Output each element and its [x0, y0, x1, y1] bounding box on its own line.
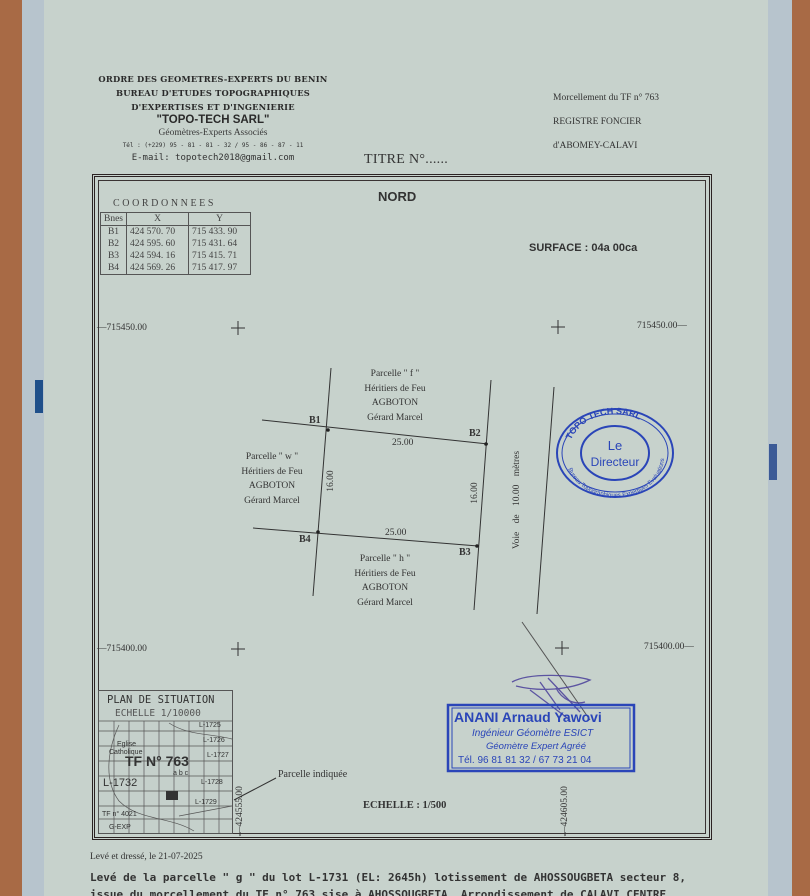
svg-text:Directeur: Directeur [591, 455, 640, 469]
neighbor-parcel-h: Parcelle " h "Héritiers de FeuAGBOTONGér… [330, 552, 440, 610]
surveyor-stamp: ANANI Arnaud Yawovi Ingénieur Géomètre E… [446, 699, 636, 777]
director-stamp: TOPO TECH SARL Bureau Topographiques Exp… [554, 406, 676, 498]
road-label: Voie de 10.00 mètres [512, 445, 522, 555]
surveyor-qualification: Géomètre Expert Agréé [486, 741, 586, 752]
neighbor-parcel-f: Parcelle " f "Héritiers de FeuAGBOTONGér… [340, 367, 450, 425]
dimension-bottom: 25.00 [385, 528, 406, 538]
neighbor-parcel-w: Parcelle " w "Héritiers de FeuAGBOTONGér… [226, 450, 318, 508]
situation-plan: PLAN DE SITUATION ECHELLE 1/10000 Eglise… [98, 690, 233, 834]
borne-b1: B1 [309, 415, 321, 426]
scale-label: ECHELLE : 1/500 [363, 800, 446, 811]
surveyor-phone: Tél. 96 81 81 32 / 67 73 21 04 [458, 755, 591, 766]
borne-b4: B4 [299, 534, 311, 545]
grid-cross [231, 321, 245, 335]
road-edge [537, 387, 554, 614]
parcel-description: Levé de la parcelle " g " du lot L-1731 … [90, 871, 686, 884]
grid-cross [555, 641, 569, 655]
borne-b3: B3 [459, 547, 471, 558]
parcel-description-2: issue du morcellement du TF n° 763 sise … [90, 888, 666, 896]
svg-text:Le: Le [608, 438, 622, 453]
boundary-b4-b3 [253, 528, 478, 546]
borne-b2: B2 [469, 428, 481, 439]
survey-date: Levé et dressé, le 21-07-2025 [90, 852, 203, 862]
situation-tf-number: TF N° 763 [125, 753, 189, 769]
dimension-top: 25.00 [392, 438, 413, 448]
dimension-left: 16.00 [326, 466, 336, 496]
situation-title: PLAN DE SITUATION [107, 694, 214, 706]
gexp-label: G-EXP [109, 824, 131, 831]
situation-scale: ECHELLE 1/10000 [115, 708, 201, 719]
svg-text:TOPO TECH SARL: TOPO TECH SARL [564, 406, 644, 441]
tf-other: TF n° 4021 [102, 811, 137, 818]
dimension-right: 16.00 [470, 478, 480, 508]
surveyor-name: ANANI Arnaud Yawovi [454, 709, 602, 725]
surveyor-title: Ingénieur Géomètre ESICT [472, 728, 593, 739]
indicated-parcel-label: Parcelle indiquée [278, 769, 347, 780]
grid-cross [551, 320, 565, 334]
church-label: Eglise [117, 741, 136, 748]
grid-cross [231, 642, 245, 656]
